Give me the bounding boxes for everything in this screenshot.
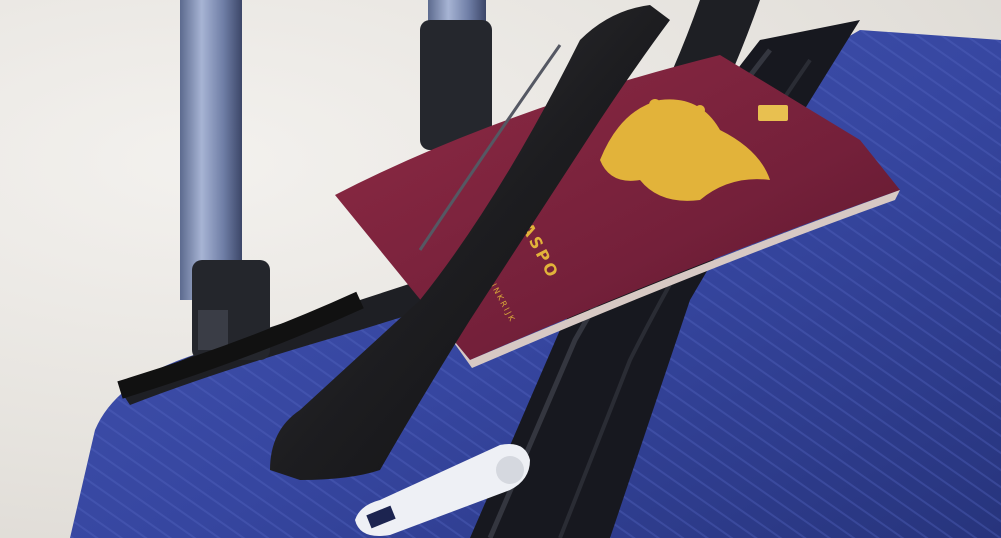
photo-illustration: PASPO KONINKRIJK bbox=[0, 0, 1001, 538]
biometric-chip-icon bbox=[758, 105, 788, 121]
photo: PASPO KONINKRIJK bbox=[0, 0, 1001, 538]
